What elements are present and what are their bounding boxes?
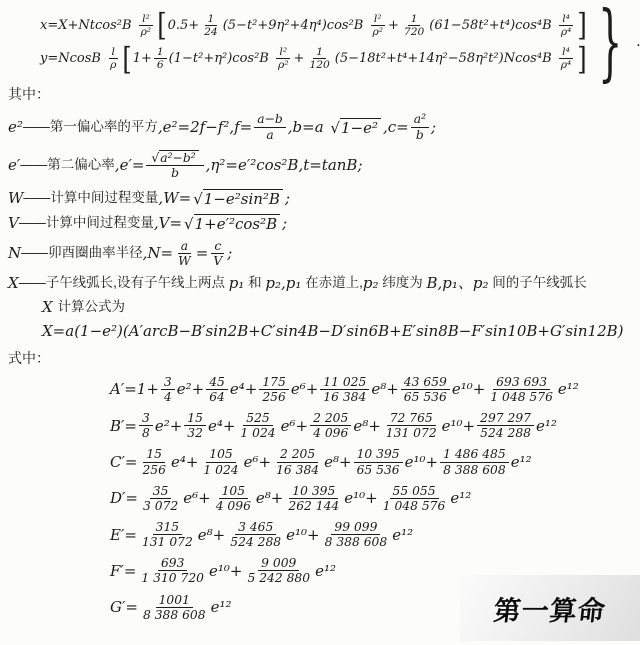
formula-y: y=NcosB lρ[1+16(1−t²+η²)cos²B l²ρ²+1120(… [40, 46, 588, 72]
definition-x-description: X——子午线弧长,设有子午线上两点 p₁ 和 p₂,p₁ 在赤道上,p₂ 纬度为… [8, 274, 640, 292]
in-formula-label: 式中： [8, 348, 640, 368]
x-formula-intro: X 计算公式为 [42, 298, 640, 316]
definition-v: V——计算中间过程变量,V=√1+e′²cos²B; [8, 214, 640, 233]
formula-x: x=X+Ntcos²B l²ρ²[0.5+124(5−t²+9η²+4η⁴)co… [40, 13, 588, 39]
watermark-text: 第一算命 [492, 589, 608, 628]
among-label: 其中： [8, 84, 640, 104]
equation-b9-lines: x=X+Ntcos²B l²ρ²[0.5+124(5−t²+9η²+4η⁴)co… [40, 13, 588, 72]
watermark-badge: 第一算命 [460, 575, 640, 641]
definition-e-prime: e′——第二偏心率,e′=√a²−b²b,η²=e′²cos²B,t=tanB; [8, 150, 640, 181]
equation-number: …(B. 9) [636, 34, 640, 50]
system-brace: } [598, 5, 622, 80]
definition-n: N——卯酉圈曲率半径,N=aW=cV; [8, 239, 640, 268]
equation-b9-block: x=X+Ntcos²B l²ρ²[0.5+124(5−t²+9η²+4η⁴)co… [0, 0, 640, 76]
x-arc-formula: X=a(1−e²)(A′arcB−B′sin2B+C′sin4B−D′sin6B… [42, 322, 640, 340]
coefficient-c-prime: C′=15256e⁴+1051 024e⁶+2 20516 384e⁸+10 3… [110, 447, 640, 476]
definition-e-squared: e²——第一偏心率的平方,e²=2f−f²,f=a−ba,b=a √1−e²,c… [8, 112, 640, 141]
coefficient-d-prime: D′=353 072e⁶+1054 096e⁸+10 395262 144e¹⁰… [110, 484, 640, 513]
document-page: x=X+Ntcos²B l²ρ²[0.5+124(5−t²+9η²+4η⁴)co… [0, 0, 640, 645]
definition-w: W——计算中间过程变量,W=√1−e²sin²B; [8, 189, 640, 208]
coefficient-a-prime: A′=1+34e²+4564e⁴+175256e⁶+11 02516 384e⁸… [110, 375, 640, 404]
coefficient-e-prime: E′=315131 072e⁸+3 465524 288e¹⁰+99 0998 … [110, 520, 640, 549]
coefficient-b-prime: B′=38e²+1532e⁴+5251 024e⁶+2 2054 096e⁸+7… [110, 411, 640, 440]
